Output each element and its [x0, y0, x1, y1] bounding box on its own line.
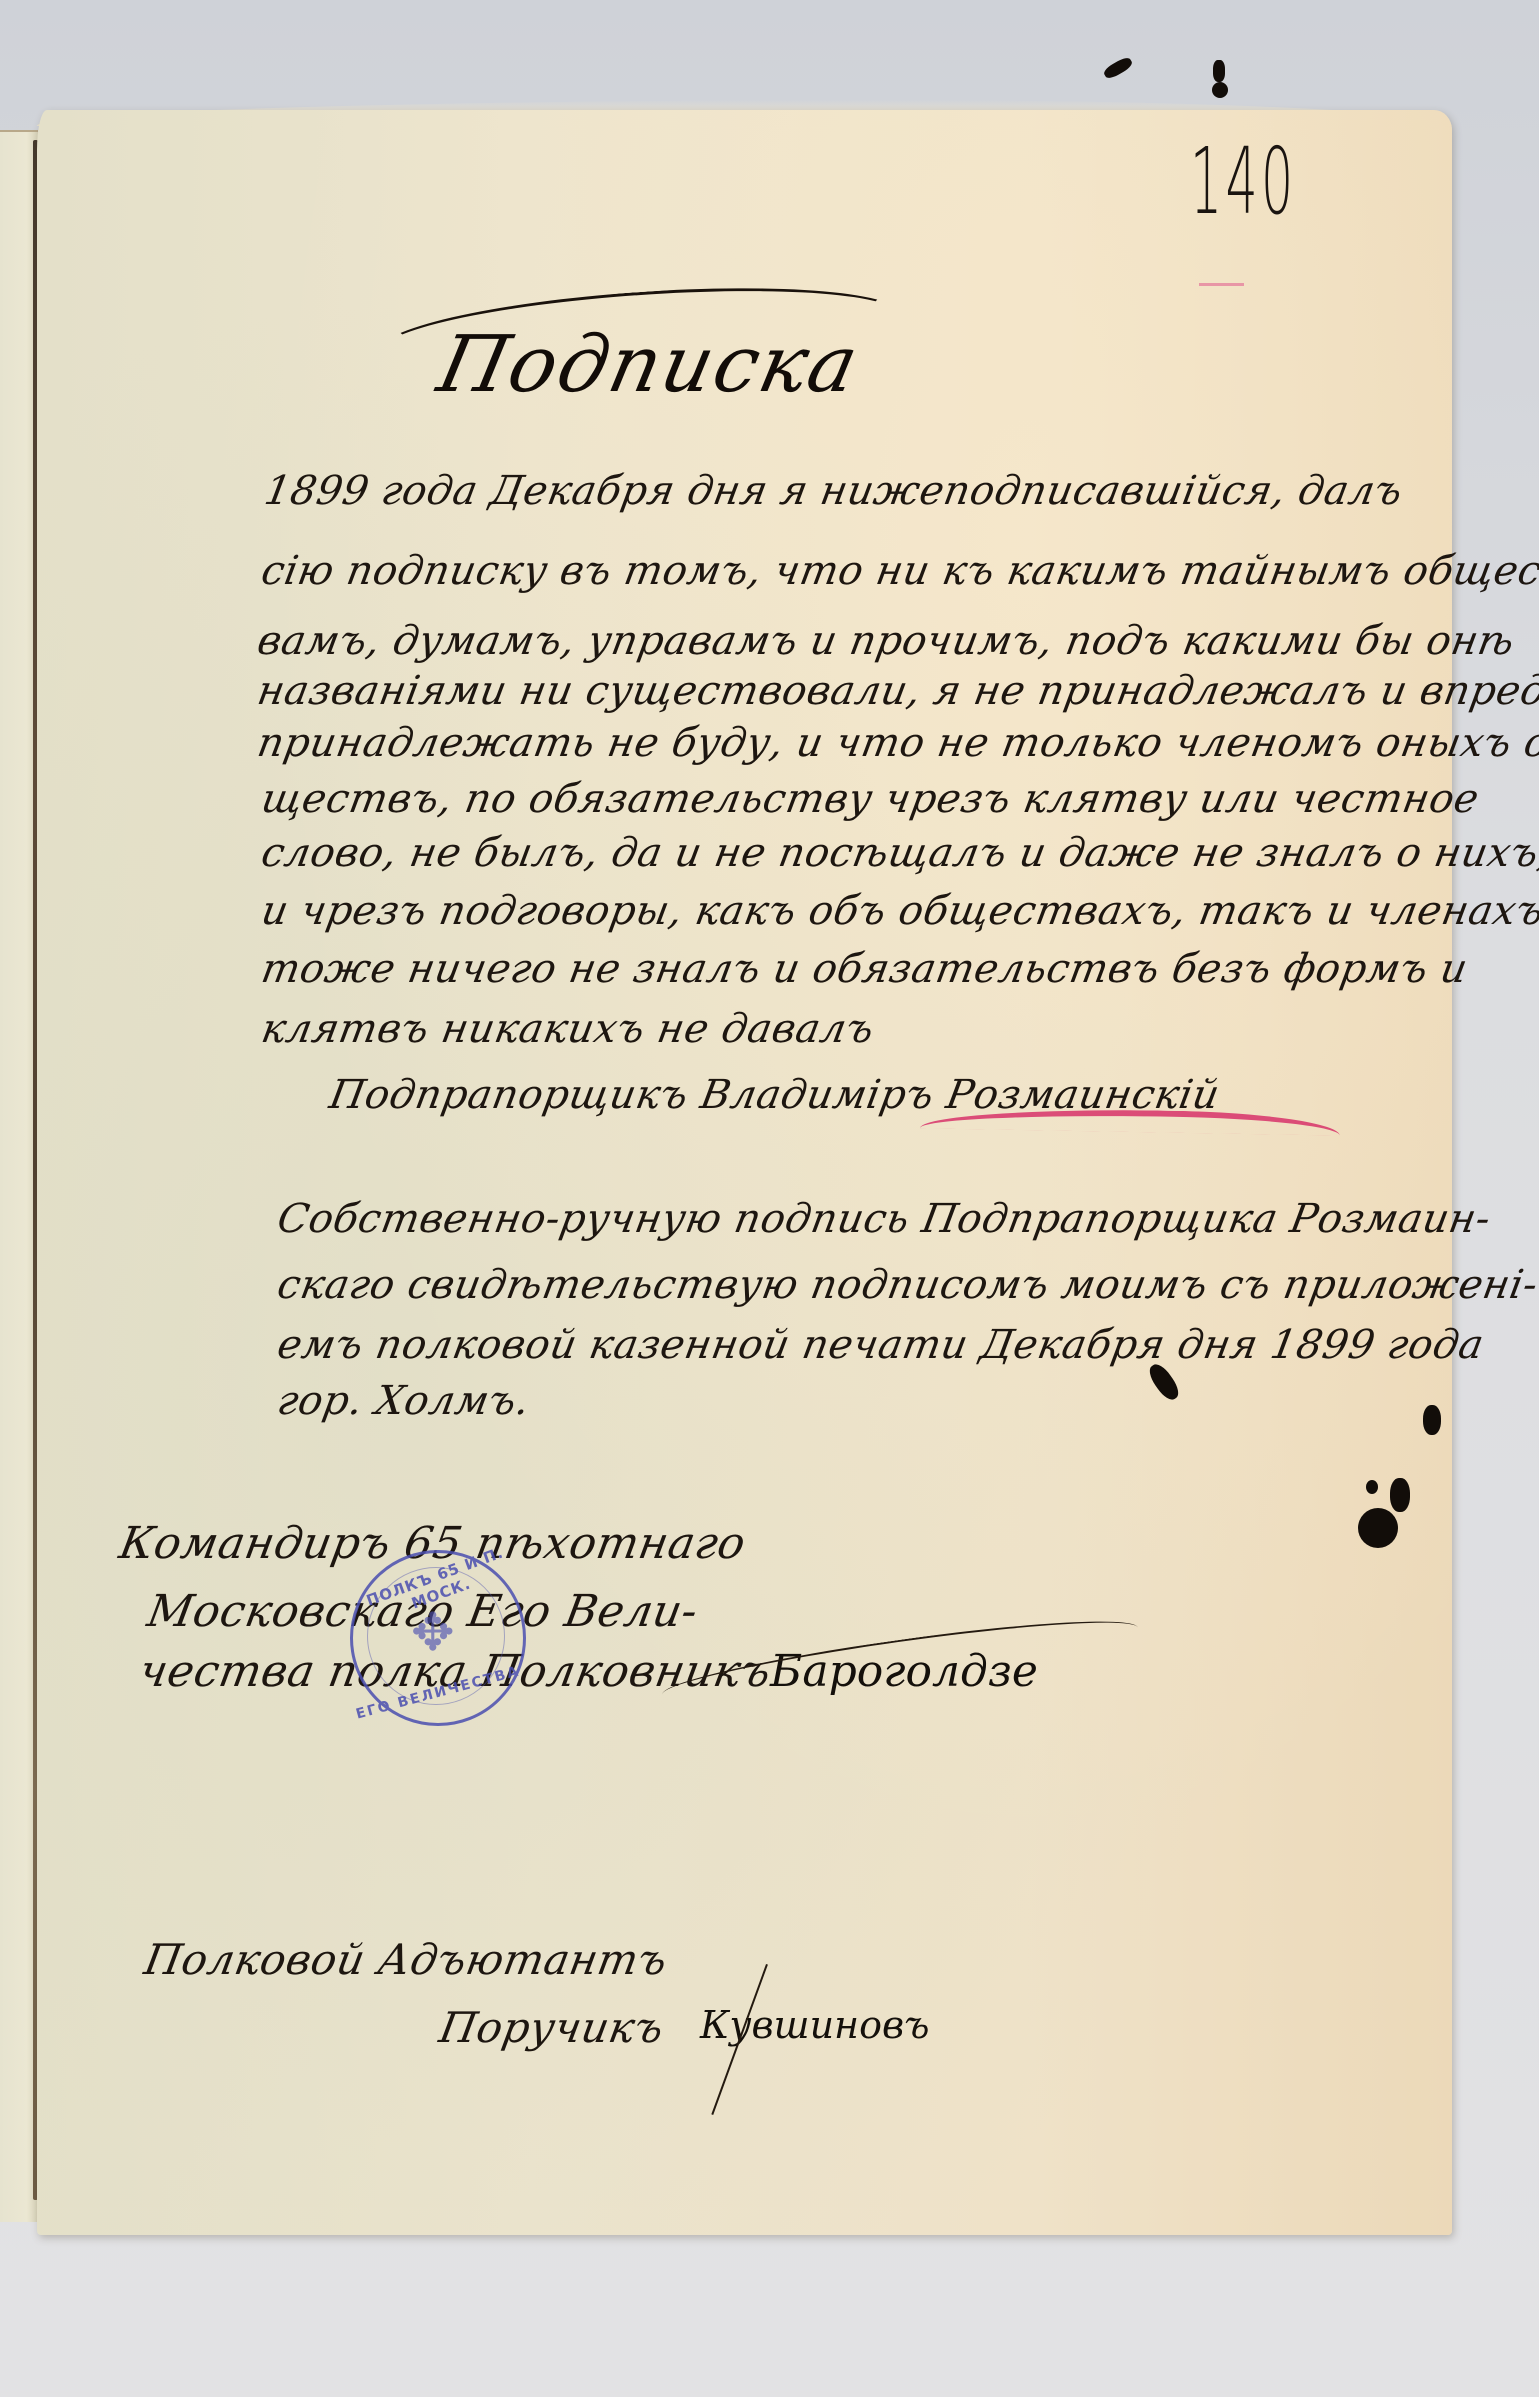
body-line: принадлежать не буду, и что не только чл…: [254, 720, 1539, 766]
body-line: клятвъ никакихъ не давалъ: [258, 1006, 878, 1052]
double-headed-eagle-icon: ✥: [411, 1607, 455, 1659]
attestation-line: гор. Холмъ.: [274, 1378, 534, 1424]
ink-blot-top-3: [1212, 82, 1228, 98]
body-line: 1899 года Декабря дня я нижеподписавшiйс…: [261, 468, 1406, 514]
body-line: названiями ни существовали, я не принадл…: [254, 668, 1539, 714]
body-line: сiю подписку въ томъ, что ни къ какимъ т…: [258, 548, 1539, 594]
adjutant-title-line: Полковой Адъютантъ: [141, 1935, 672, 1984]
ink-blot: [1358, 1508, 1398, 1548]
adjutant-rank-line: Поручикъ: [436, 2003, 668, 2052]
body-line: и чрезъ подговоры, какъ объ обществахъ, …: [258, 888, 1539, 934]
folio-number: 140: [1190, 128, 1296, 235]
attestation-line: емъ полковой казенной печати Декабря дня…: [274, 1322, 1488, 1368]
ink-blot: [1390, 1478, 1410, 1512]
regimental-seal-stamp: ПОЛКЪ 65 И П. МОСК. ✥ ЕГО ВЕЛИЧЕСТВА: [350, 1550, 526, 1726]
attestation-line: Собственно-ручную подпись Подпрапорщика …: [274, 1196, 1494, 1242]
body-line: слово, не былъ, да и не посѣщалъ и даже …: [258, 830, 1539, 876]
red-pencil-mark: [1199, 283, 1244, 286]
body-line: ществъ, по обязательству чрезъ клятву ил…: [258, 776, 1483, 822]
ink-blot: [1423, 1405, 1441, 1435]
attestation-line: скаго свидѣтельствую подписомъ моимъ съ …: [274, 1262, 1539, 1308]
document-title: Подписка: [430, 320, 867, 410]
signatory-first-name: Владимiръ: [697, 1072, 938, 1118]
body-line: вамъ, думамъ, управамъ и прочимъ, подъ к…: [254, 618, 1518, 664]
ink-blot-top-2: [1213, 60, 1225, 82]
signatory-rank: Подпрапорщикъ: [326, 1072, 692, 1118]
ink-blot: [1366, 1480, 1378, 1494]
body-line: тоже ничего не зналъ и обязательствъ без…: [258, 946, 1471, 992]
